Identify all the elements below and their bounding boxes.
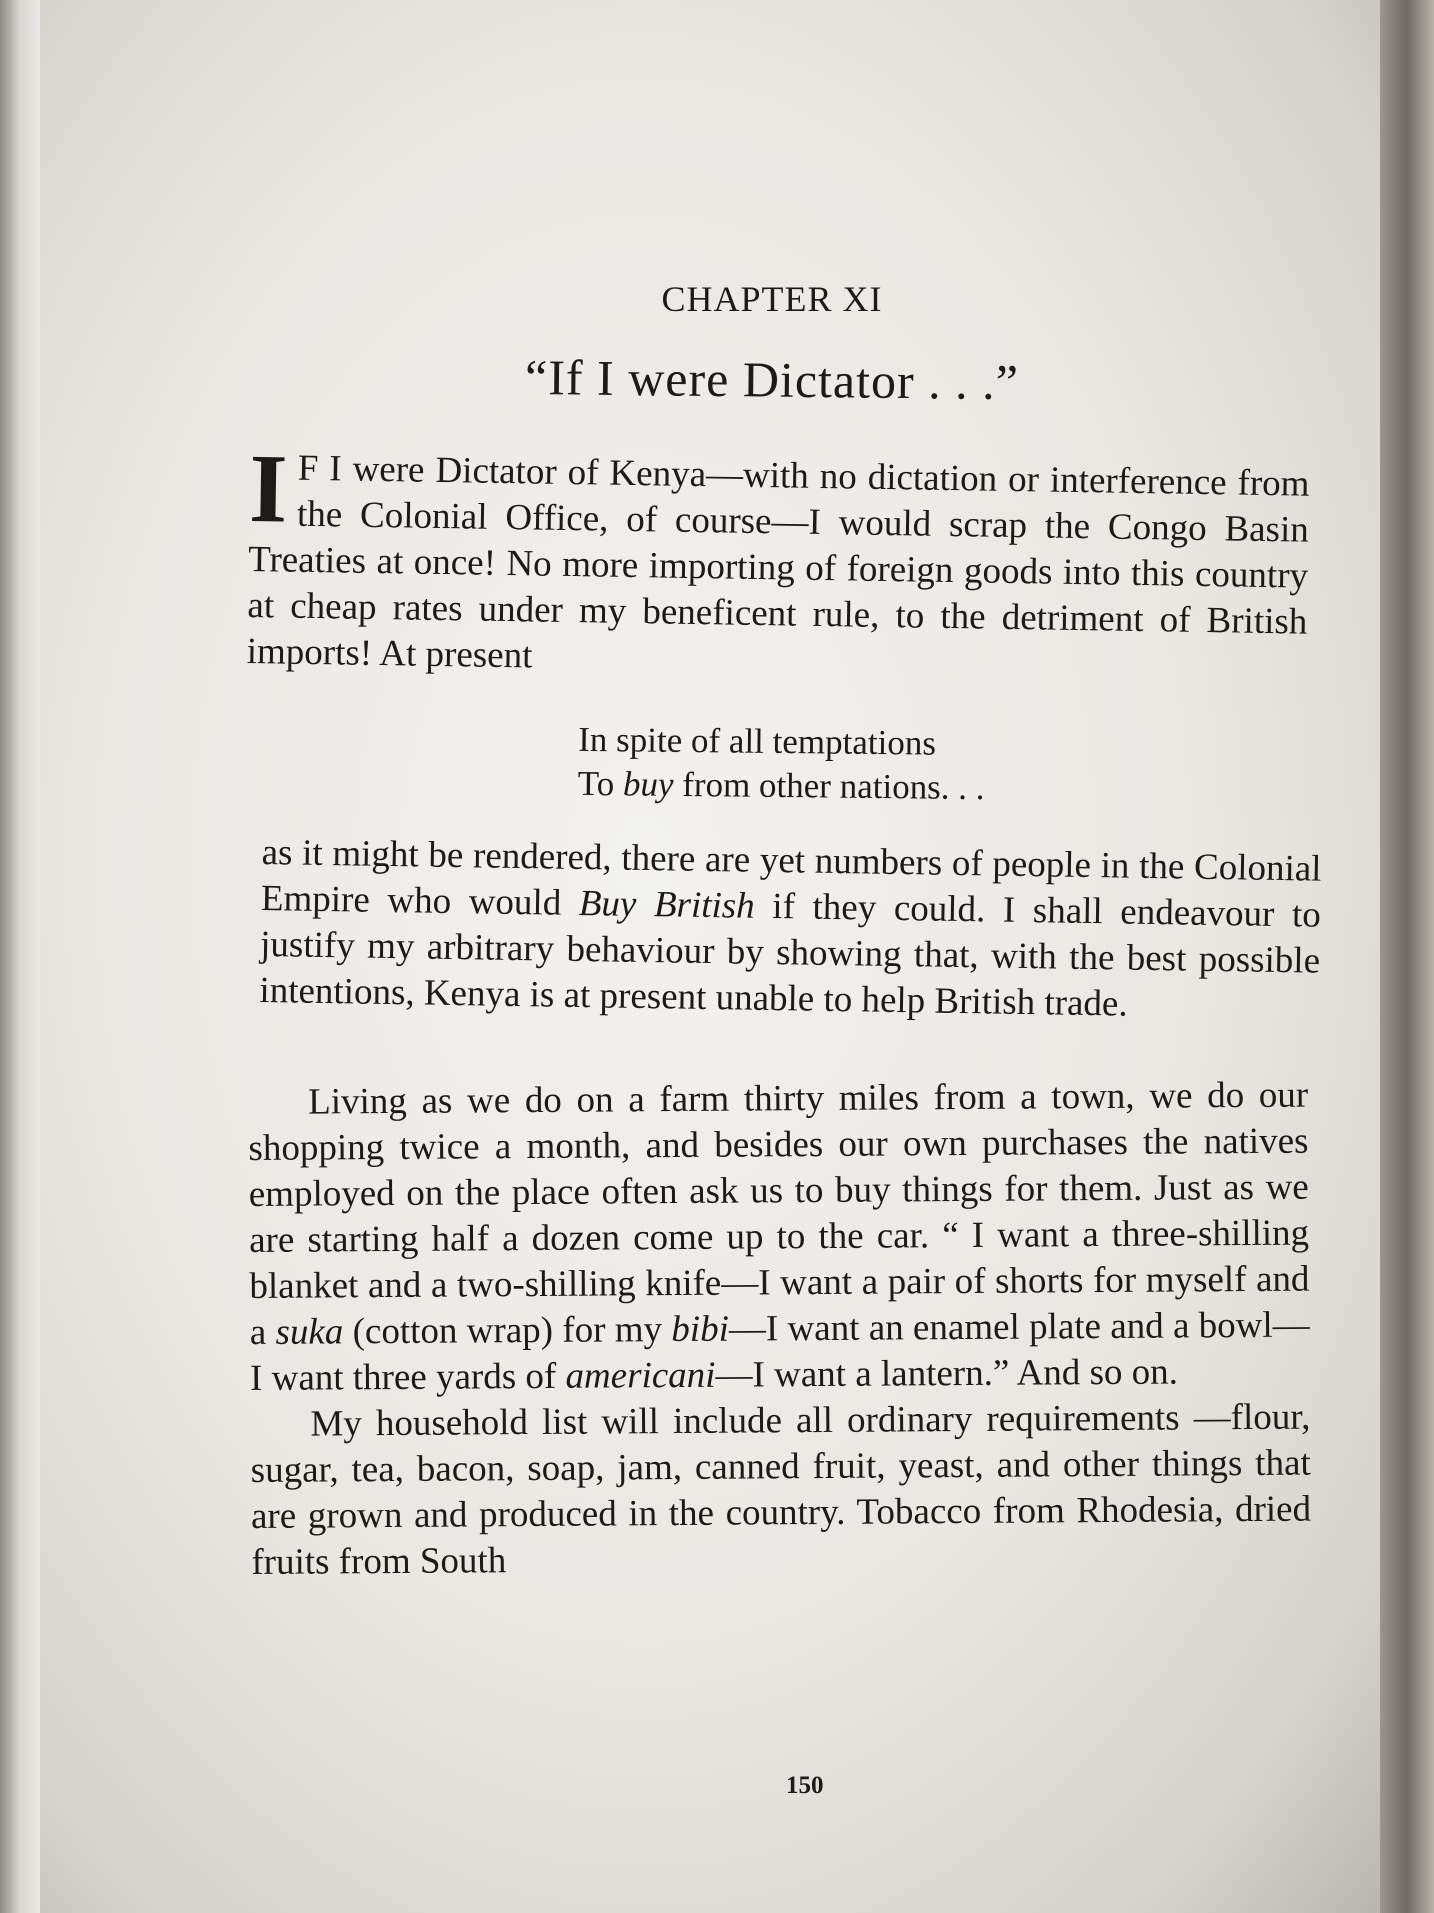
chapter-label: CHAPTER XI [0, 278, 1434, 320]
opening-paragraph-text: F I were Dictator of Kenya—with no dicta… [246, 448, 1309, 677]
paragraph-4: My household list will include all ordin… [250, 1395, 1311, 1586]
drop-cap: I [249, 449, 288, 530]
verse-italic: buy [623, 764, 674, 804]
italic-word: suka [275, 1311, 343, 1352]
paragraph-3: Living as we do on a farm thirty miles f… [248, 1073, 1310, 1402]
paragraph-text: —I want a lantern.” And so on. [715, 1352, 1178, 1396]
verse-line-2: To buy from other nations. . . [578, 762, 985, 810]
italic-word: bibi [671, 1309, 729, 1350]
page-number: 150 [786, 1772, 824, 1800]
italic-phrase: Buy British [579, 883, 756, 927]
paragraph-2: as it might be rendered, there are yet n… [259, 830, 1322, 1031]
paragraph-text: (cotton wrap) for my [343, 1309, 671, 1352]
verse-text: To [578, 764, 624, 803]
paragraphs-3-4: Living as we do on a farm thirty miles f… [248, 1073, 1312, 1586]
opening-paragraph: IF I were Dictator of Kenya—with no dict… [246, 445, 1309, 692]
verse-line-1: In spite of all temptations [578, 718, 985, 766]
verse-quote: In spite of all temptations To buy from … [578, 718, 986, 810]
italic-word: americani [565, 1355, 715, 1397]
verse-text: from other nations. . . [673, 765, 984, 807]
